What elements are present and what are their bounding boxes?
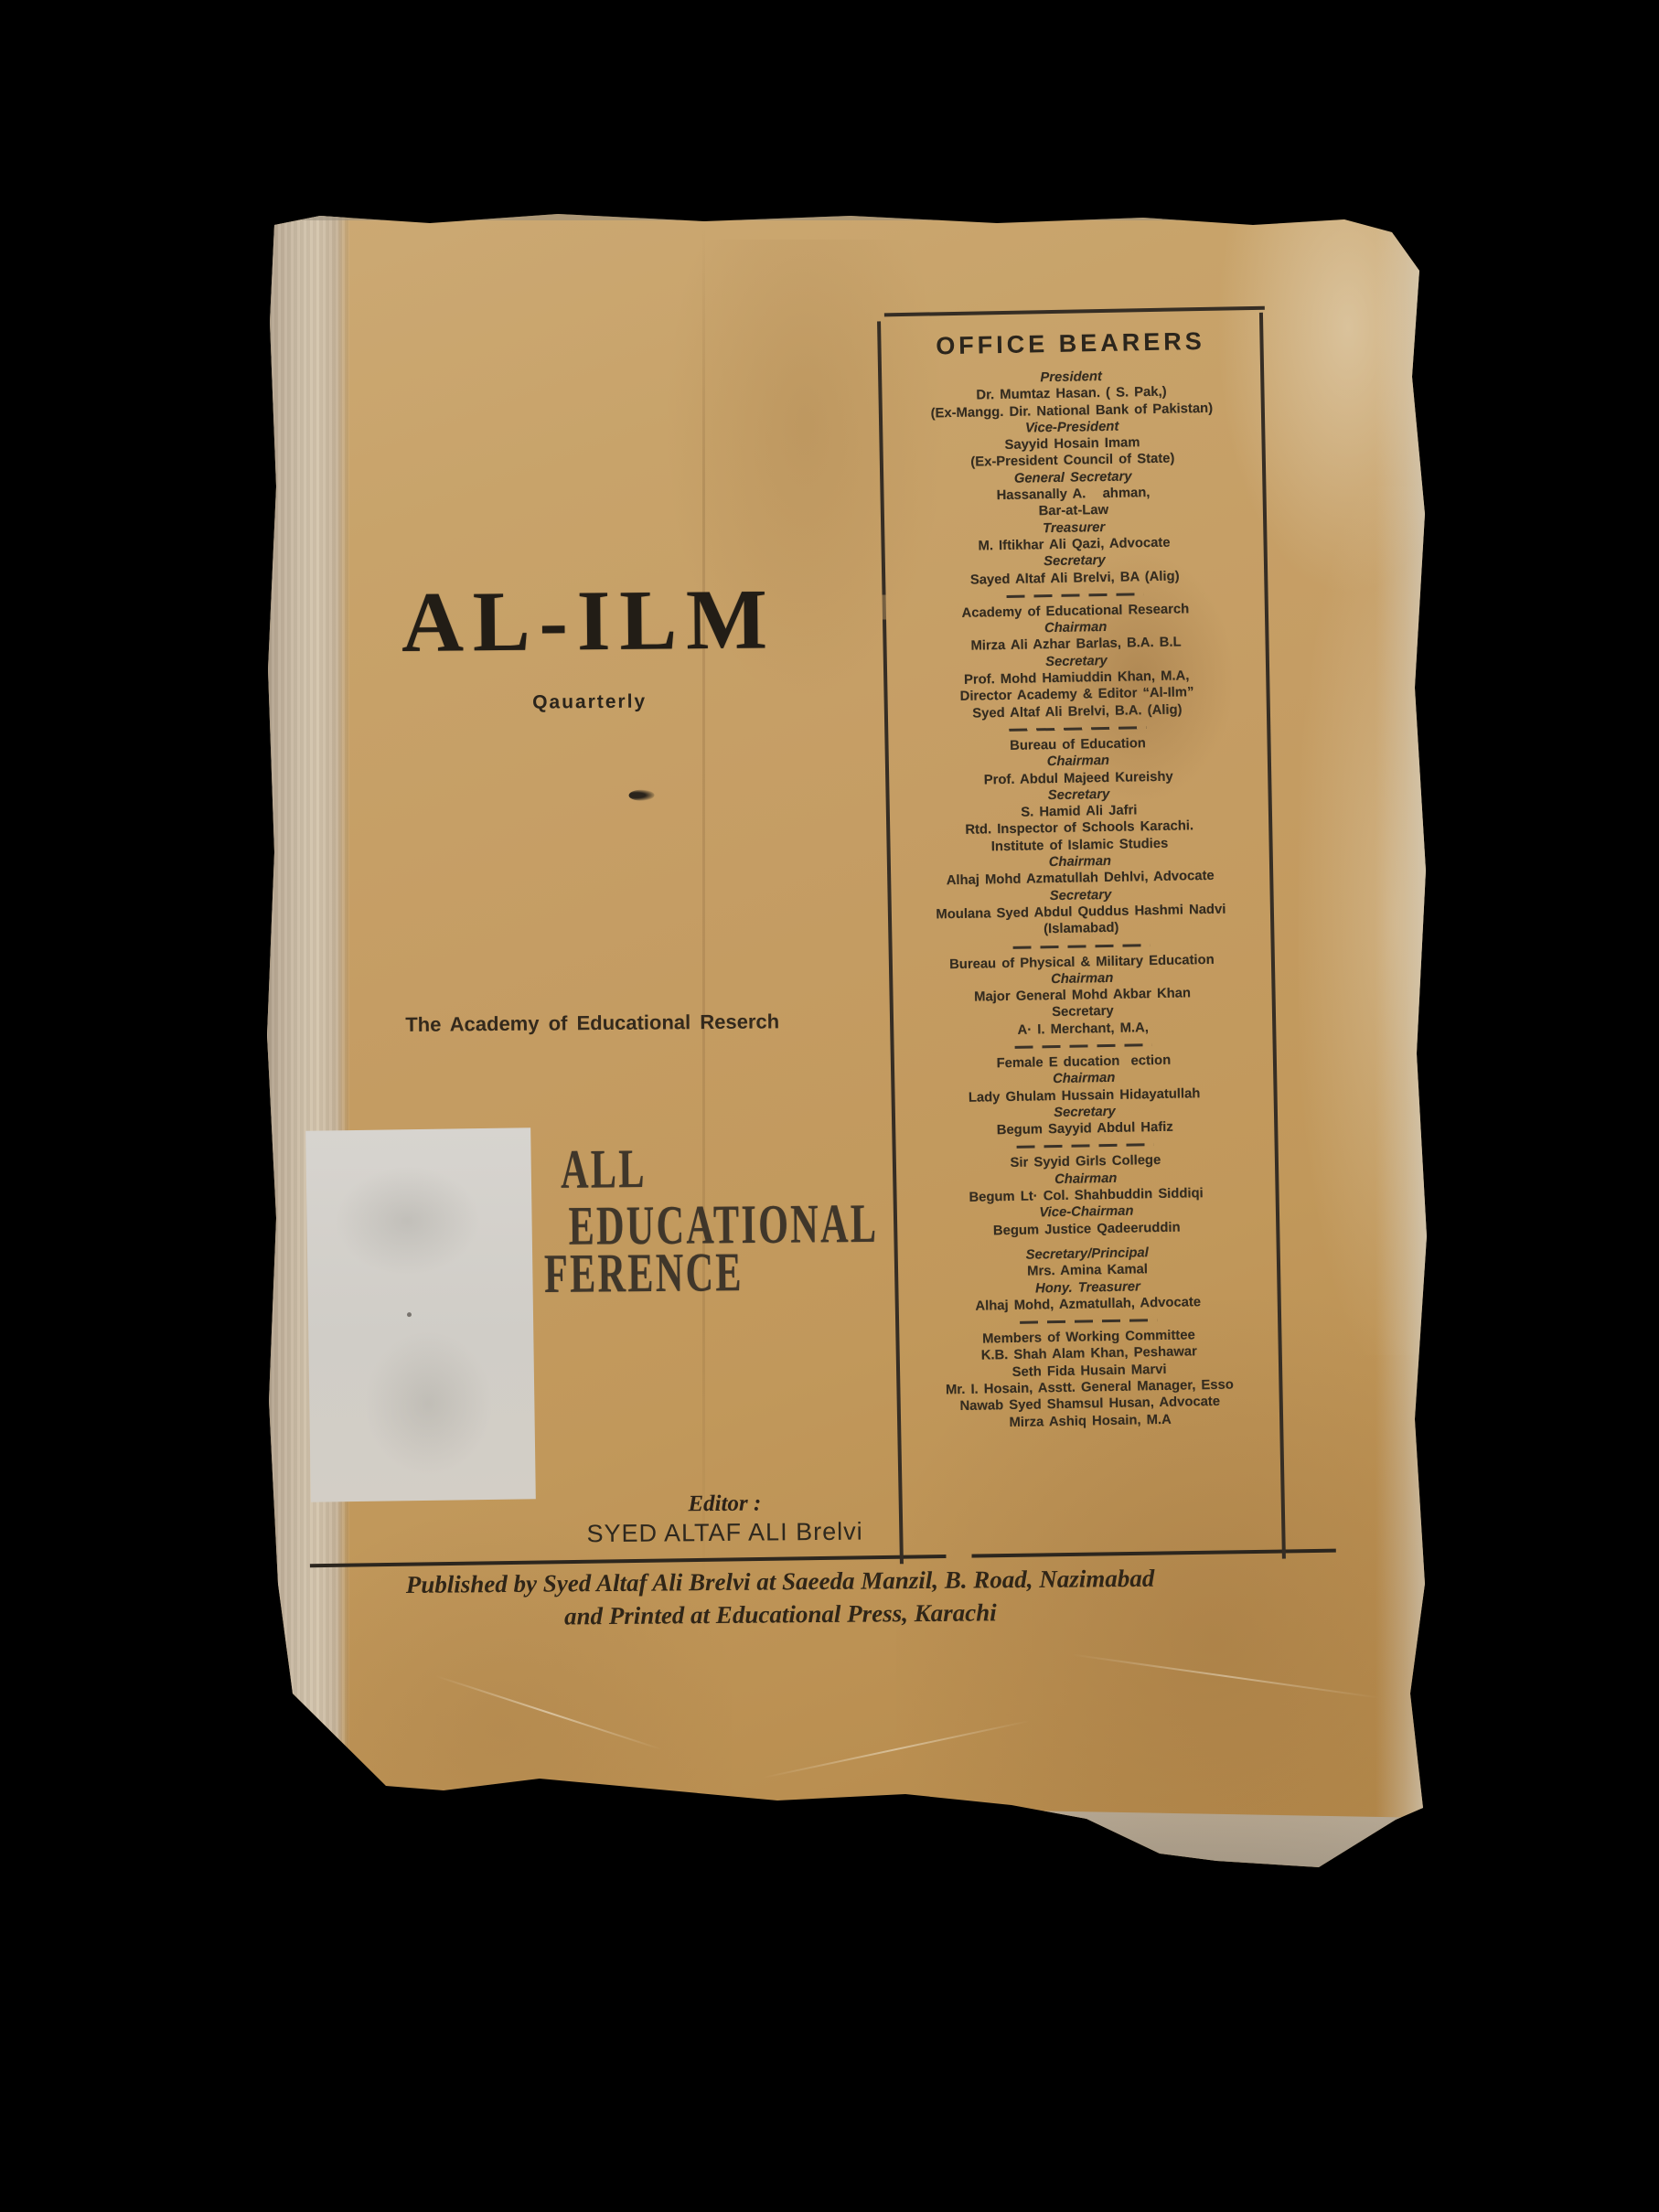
office-bearers-section: Members of Working CommitteeK.B. Shah Al… xyxy=(895,1326,1283,1433)
section-divider xyxy=(1017,1144,1154,1149)
section-divider xyxy=(1007,593,1144,598)
book-subtitle: Qauarterly xyxy=(297,689,883,716)
box-border-top xyxy=(884,306,1265,317)
office-bearers-heading: OFFICE BEARERS xyxy=(877,326,1263,362)
published-line-1: Published by Syed Altaf Ali Brelvi at Sa… xyxy=(405,1565,1155,1599)
book-title: AL-ILM xyxy=(295,575,882,667)
editor-label: Editor : xyxy=(532,1490,916,1519)
office-bearers-box: OFFICE BEARERS PresidentDr. Mumtaz Hasan… xyxy=(877,306,1286,1568)
office-bearers-list: PresidentDr. Mumtaz Hasan. ( S. Pak,)(Ex… xyxy=(878,366,1283,1433)
stamp-line: FERENCE xyxy=(544,1245,744,1301)
photo-background: AL-ILM Qauarterly The Academy of Educati… xyxy=(0,0,1659,2212)
ink-blot xyxy=(629,790,655,801)
section-divider xyxy=(1015,1043,1152,1049)
section-divider xyxy=(1009,726,1146,732)
editor-name: SYED ALTAF ALI Brelvi xyxy=(505,1517,944,1549)
office-bearers-section: Academy of Educational ResearchChairmanM… xyxy=(883,600,1270,724)
office-bearers-section: Bureau of EducationChairmanProf. Abdul M… xyxy=(884,733,1274,941)
book-cover: AL-ILM Qauarterly The Academy of Educati… xyxy=(265,212,1429,1869)
office-bearers-section: Sir Syyid Girls CollegeChairmanBegum Lt·… xyxy=(893,1150,1281,1316)
section-divider xyxy=(1020,1319,1157,1324)
cover-print: AL-ILM Qauarterly The Academy of Educati… xyxy=(265,207,1443,1874)
office-bearers-section: Bureau of Physical & Military EducationC… xyxy=(889,950,1277,1041)
office-bearers-section: Female E ducation ectionChairmanLady Ghu… xyxy=(891,1051,1279,1141)
publisher-line: The Academy of Educational Reserch xyxy=(309,1009,876,1037)
section-divider xyxy=(1013,944,1151,949)
stamp-line: ALL xyxy=(561,1141,647,1197)
published-line-2: and Printed at Educational Press, Karach… xyxy=(405,1598,1155,1632)
office-bearers-section: PresidentDr. Mumtaz Hasan. ( S. Pak,)(Ex… xyxy=(878,366,1268,591)
